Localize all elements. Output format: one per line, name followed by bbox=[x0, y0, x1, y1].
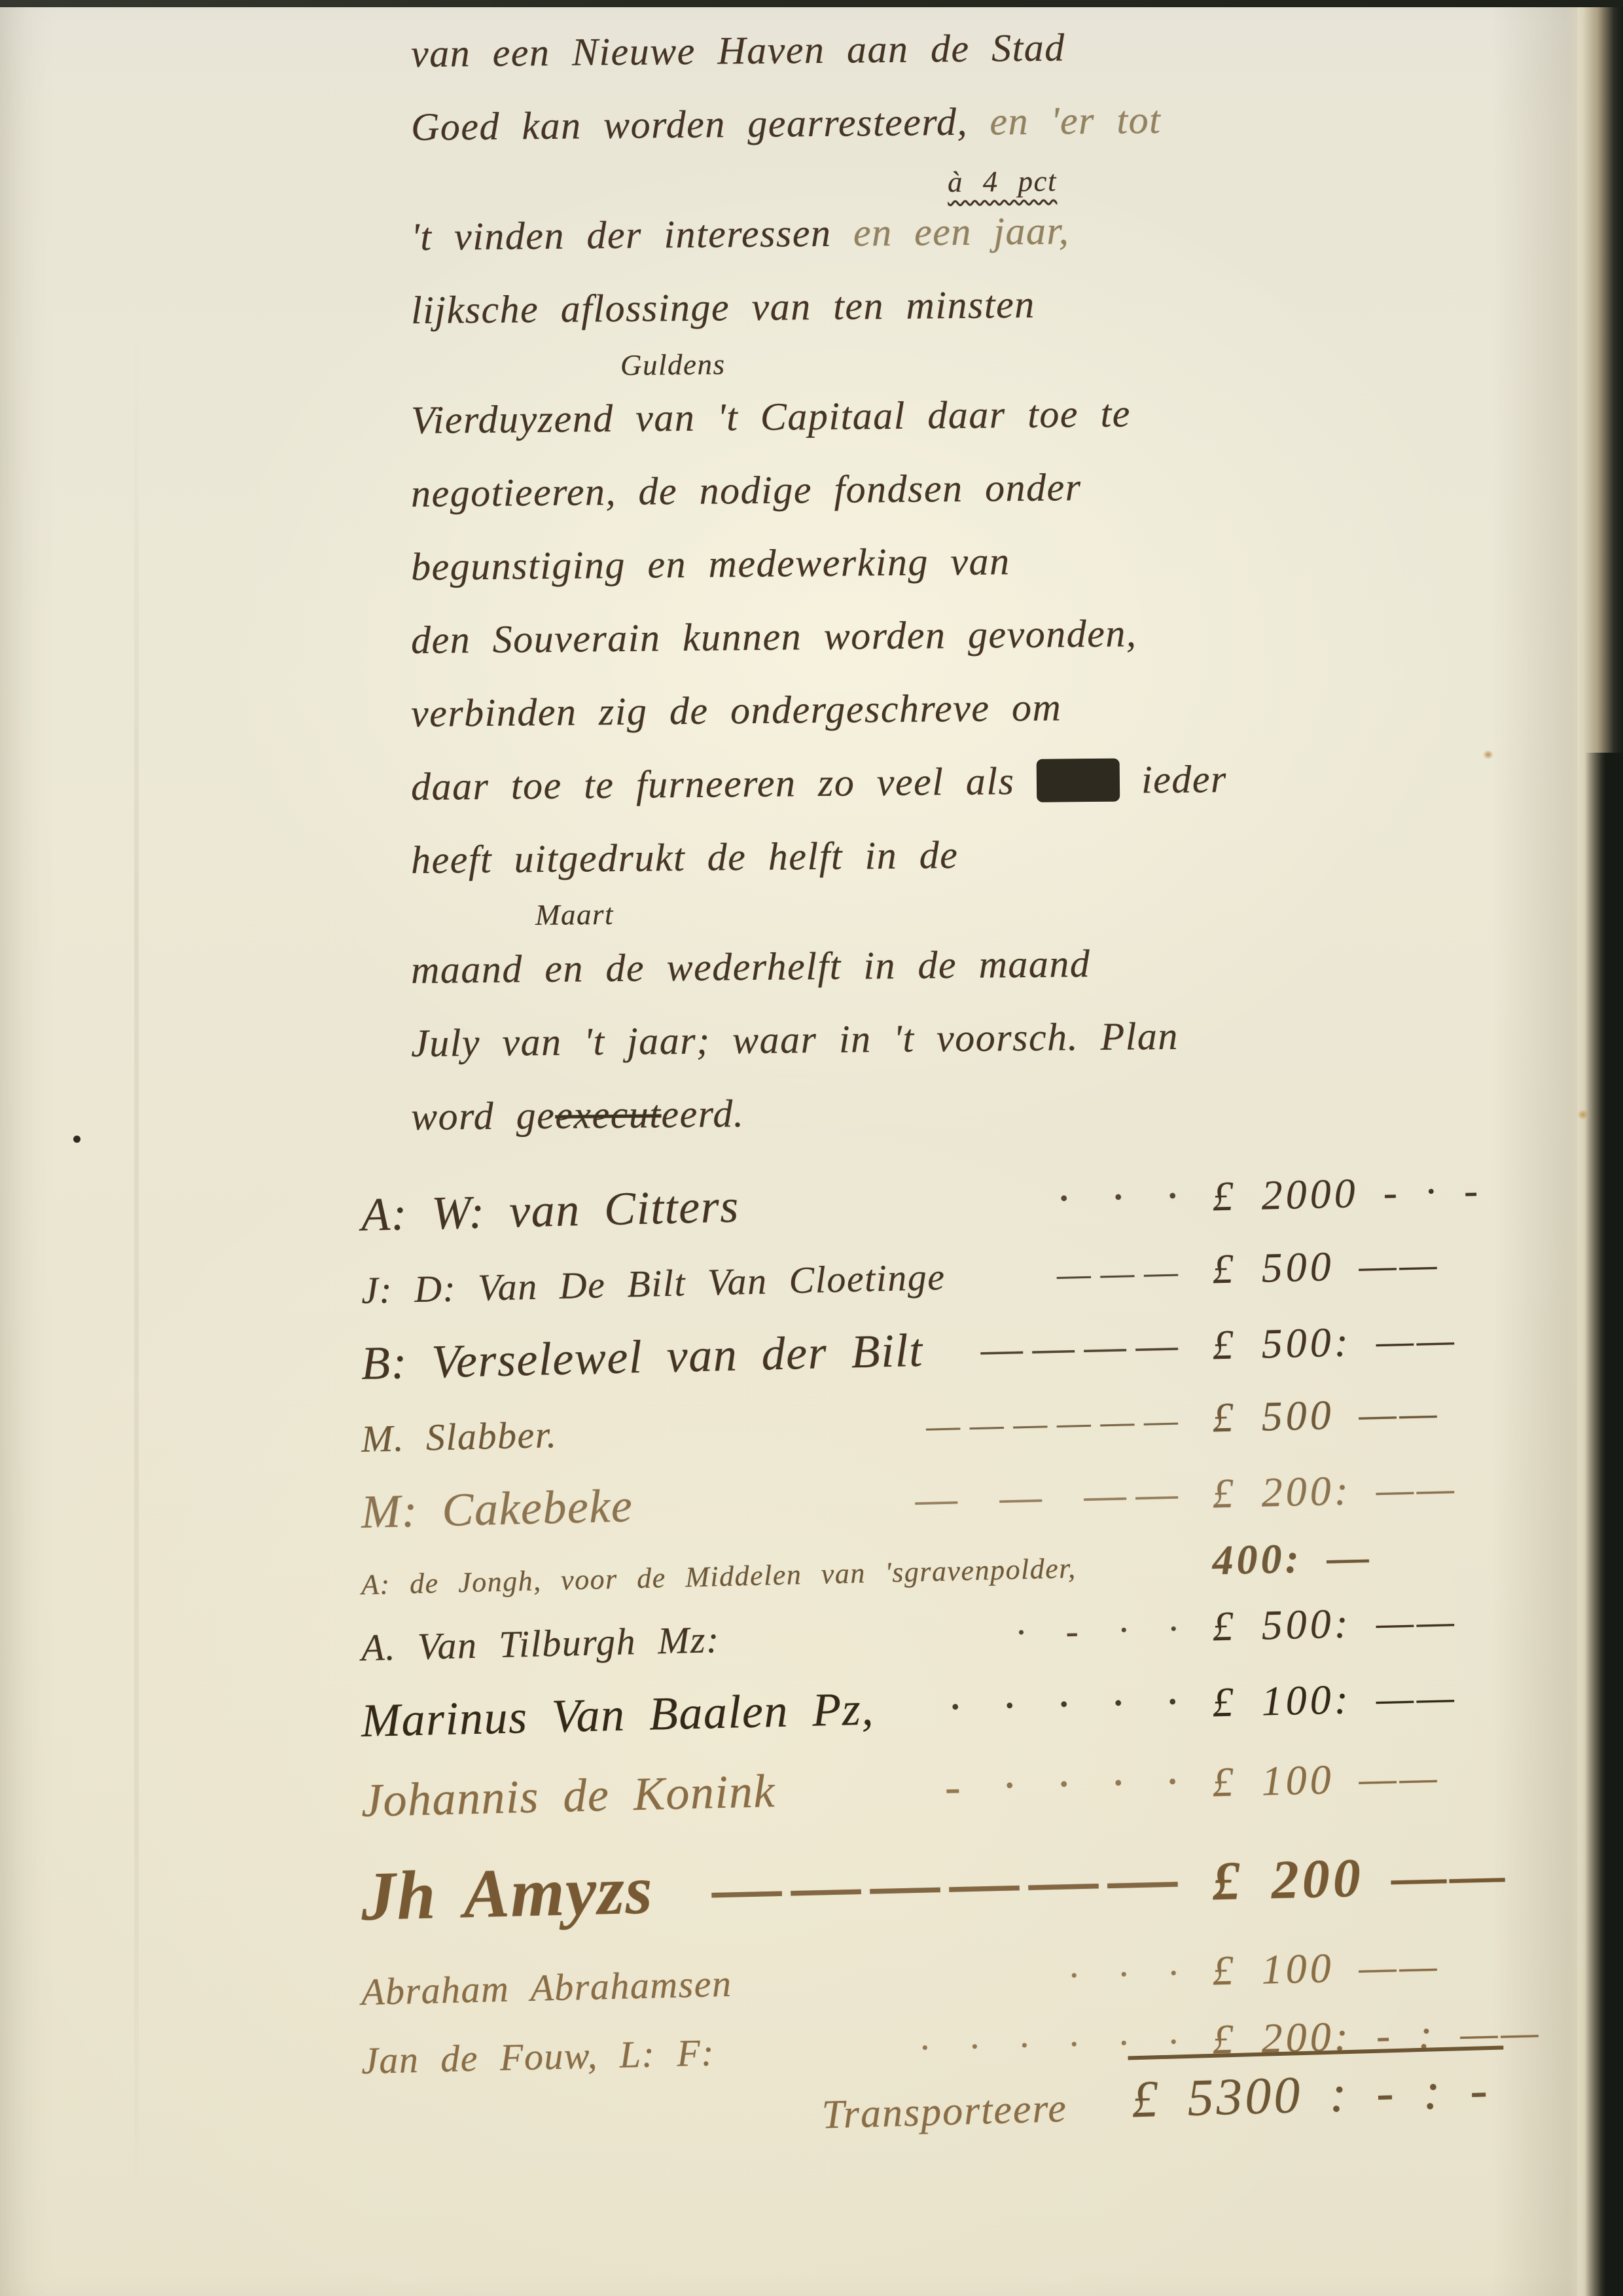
subscriber-amount: £ 100 —— bbox=[1212, 1935, 1596, 1999]
leader-marks: —————— bbox=[652, 1827, 1213, 1939]
subscriber-name: Johannis de Konink bbox=[361, 1758, 776, 1833]
manuscript-page: van een Nieuwe Haven aan de StadGoed kan… bbox=[0, 0, 1623, 2296]
leader-marks: · · · bbox=[738, 1162, 1213, 1238]
subscriber-list: A: W: van Citters· · ·£ 2000 - · -J: D: … bbox=[361, 1182, 1596, 2101]
subscriber-amount: £ 2000 - · - bbox=[1211, 1155, 1596, 1230]
leader-marks: ——— bbox=[944, 1243, 1213, 1304]
subscriber-row: Jh Amyzs——————£ 200 —— bbox=[360, 1819, 1596, 1951]
subscriber-name: Jh Amyzs bbox=[360, 1841, 654, 1946]
page-top-edge bbox=[0, 0, 1623, 7]
paragraph-line: maand en de wederhelft in de maand bbox=[410, 922, 1560, 1007]
text-segment: maand en de wederhelft in de maand bbox=[411, 942, 1091, 992]
leader-marks: · · · bbox=[731, 1945, 1213, 2011]
subscriber-row: M: Cakebeke— — ——£ 200: —— bbox=[361, 1450, 1596, 1547]
text-segment: execut bbox=[555, 1092, 662, 1137]
subscriber-name: A. Van Tilburgh Mz: bbox=[361, 1612, 721, 1676]
subscriber-name: M: Cakebeke bbox=[361, 1473, 634, 1545]
redaction-blot: hier bbox=[1037, 759, 1120, 802]
paragraph-line: begunstiging en medewerking van bbox=[410, 519, 1560, 603]
paragraph-line: heeft uitgedrukt de helft in de bbox=[410, 812, 1560, 897]
text-segment: negotieeren, de nodige fondsen onder bbox=[411, 465, 1082, 515]
paragraph-line: den Souverain kunnen worden gevonden, bbox=[410, 592, 1560, 677]
total-amount: £ 5300 : - : - bbox=[1128, 2045, 1506, 2130]
text-segment: begunstiging en medewerking van bbox=[411, 539, 1010, 588]
subscriber-name: M. Slabber. bbox=[361, 1407, 558, 1467]
text-segment: 't vinden der interessen bbox=[411, 211, 854, 259]
text-segment: daar toe te furneeren zo veel als bbox=[411, 759, 1037, 808]
text-segment: Maart bbox=[535, 898, 614, 931]
text-segment: lijksche aflossinge van ten minsten bbox=[411, 283, 1035, 332]
subscriber-amount: £ 500: —— bbox=[1211, 1304, 1596, 1378]
subscriber-amount: £ 200: —— bbox=[1211, 1452, 1596, 1527]
paragraph-line: verbinden zig de ondergeschreve om bbox=[410, 666, 1560, 750]
subscriber-name: Abraham Abrahamsen bbox=[361, 1956, 732, 2020]
paragraph: van een Nieuwe Haven aan de StadGoed kan… bbox=[0, 17, 1623, 1153]
subscriber-name: A: W: van Citters bbox=[361, 1173, 740, 1247]
subscriber-row: Marinus Van Baalen Pz,· · · · ·£ 100: —— bbox=[361, 1659, 1596, 1755]
text-segment: ieder bbox=[1119, 757, 1227, 802]
subscriber-name: Jan de Fouw, L: F: bbox=[361, 2025, 715, 2089]
subscriber-name: Marinus Van Baalen Pz, bbox=[361, 1676, 875, 1753]
paragraph-line: July van 't jaar; waar in 't voorsch. Pl… bbox=[410, 996, 1560, 1080]
leader-marks: · - · · bbox=[719, 1600, 1213, 1667]
paragraph-line: negotieeren, de nodige fondsen onder bbox=[410, 446, 1560, 530]
text-segment: Goed kan worden gearresteerd, bbox=[411, 100, 990, 149]
subscriber-amount: £ 500: —— bbox=[1212, 1590, 1596, 1655]
text-segment: van een Nieuwe Haven aan de Stad bbox=[411, 26, 1065, 75]
leader-marks: ———— bbox=[922, 1310, 1213, 1382]
paragraph-line: 't vinden der interessen en een jaar, bbox=[410, 189, 1560, 274]
leader-marks: — — —— bbox=[632, 1459, 1213, 1538]
text-segment: July van 't jaar; waar in 't voorsch. Pl… bbox=[411, 1014, 1179, 1065]
paragraph-line: word geexecuteerd. bbox=[410, 1069, 1560, 1153]
paragraph-line: van een Nieuwe Haven aan de Stad bbox=[410, 6, 1560, 90]
paragraph-line: Goed kan worden gearresteerd, en 'er tot bbox=[410, 79, 1560, 164]
leader-marks bbox=[1077, 1574, 1213, 1577]
subscriber-row: A: W: van Citters· · ·£ 2000 - · - bbox=[361, 1153, 1596, 1249]
subscriber-name: B: Verselewel van der Bilt bbox=[361, 1318, 924, 1396]
subscriber-name: J: D: Van De Bilt Van Cloetinge bbox=[361, 1249, 946, 1318]
text-segment: den Souverain kunnen worden gevonden, bbox=[411, 611, 1137, 662]
subscriber-amount: £ 200 —— bbox=[1211, 1824, 1596, 1931]
text-segment: Guldens bbox=[620, 348, 726, 382]
total-label: Transporteere bbox=[821, 2085, 1068, 2138]
paragraph-line: Vierduyzend van 't Capitaal daar toe te bbox=[410, 372, 1560, 457]
text-segment: heeft uitgedrukt de helft in de bbox=[411, 833, 959, 882]
text-segment: verbinden zig de ondergeschreve om bbox=[411, 685, 1062, 735]
text-segment: Vierduyzend van 't Capitaal daar toe te bbox=[411, 391, 1131, 442]
subscriber-row: B: Verselewel van der Bilt————£ 500: —— bbox=[361, 1302, 1596, 1398]
text-segment: word ge bbox=[411, 1094, 556, 1138]
subscriber-amount: £ 100 —— bbox=[1211, 1741, 1596, 1816]
paragraph-line: daar toe te furneeren zo veel als hier i… bbox=[410, 739, 1560, 823]
text-segment: en 'er tot bbox=[990, 98, 1161, 143]
text-segment: à 4 pct bbox=[948, 164, 1057, 198]
leader-marks: —————— bbox=[556, 1391, 1213, 1462]
text-segment: eerd. bbox=[661, 1092, 745, 1136]
subscriber-amount: £ 500 —— bbox=[1212, 1382, 1596, 1446]
text-segment: en een jaar, bbox=[853, 209, 1070, 254]
subscriber-name: A: de Jongh, voor de Middelen van 'sgrav… bbox=[361, 1547, 1077, 1607]
subscriber-amount: £ 100: —— bbox=[1211, 1661, 1596, 1736]
subscriber-amount: 400: — bbox=[1212, 1530, 1596, 1583]
subscriber-row: Johannis de Konink- · · · ·£ 100 —— bbox=[361, 1739, 1596, 1835]
subscriber-amount: £ 500 —— bbox=[1212, 1233, 1596, 1297]
paragraph-line: lijksche aflossinge van ten minsten bbox=[410, 262, 1560, 347]
leader-marks: · · · · · bbox=[874, 1668, 1213, 1741]
leader-marks: - · · · · bbox=[775, 1748, 1213, 1823]
